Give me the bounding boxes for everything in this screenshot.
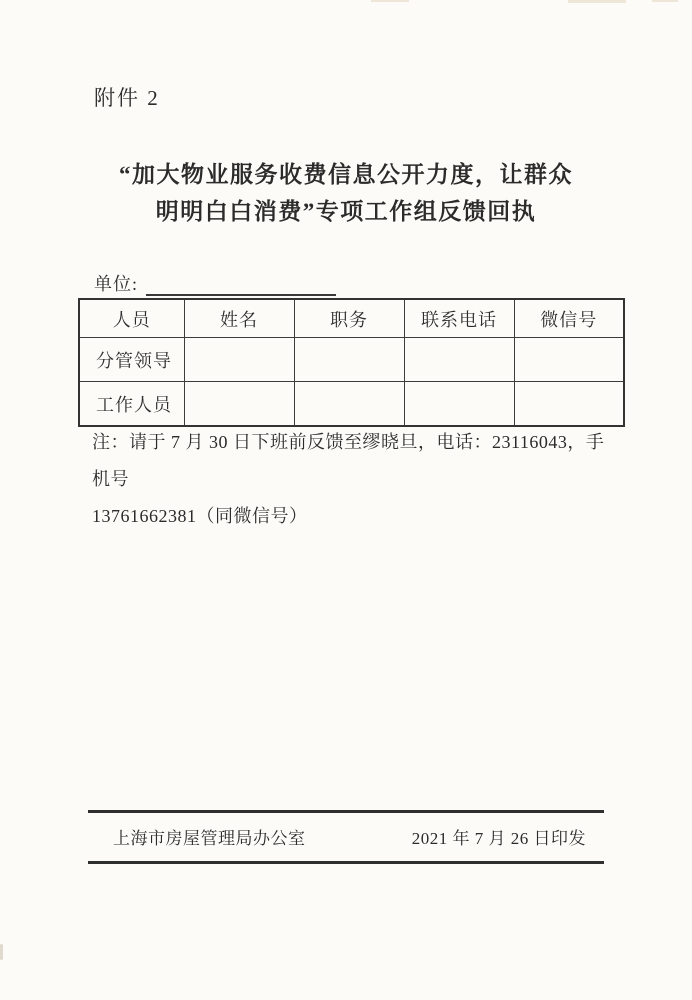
scanned-document-page: 附件 2 “加大物业服务收费信息公开力度，让群众 明明白白消费”专项工作组反馈回… (0, 0, 692, 1000)
table-header-row: 人员 姓名 职务 联系电话 微信号 (79, 299, 624, 338)
table-row: 分管领导 (79, 338, 624, 382)
document-footer: 上海市房屋管理局办公室 2021 年 7 月 26 日印发 (88, 810, 604, 864)
row-label-staff: 工作人员 (79, 382, 184, 427)
cell-staff-position (294, 382, 404, 427)
table-header-personnel: 人员 (79, 299, 184, 338)
table-row: 工作人员 (79, 382, 624, 427)
cell-leader-phone (404, 338, 514, 382)
cell-leader-wechat (514, 338, 624, 382)
footer-print-date: 2021 年 7 月 26 日印发 (412, 824, 586, 849)
note-text: 注：请于 7 月 30 日下班前反馈至缪晓旦，电话：23116043，手机号 1… (92, 424, 622, 535)
scan-artifact (568, 0, 626, 3)
unit-fill-line (146, 275, 336, 296)
document-title: “加大物业服务收费信息公开力度，让群众 明明白白消费”专项工作组反馈回执 (0, 156, 692, 230)
row-label-leader: 分管领导 (79, 338, 184, 382)
note-line2: 13761662381（同微信号） (92, 498, 622, 535)
document-title-line2: 明明白白消费”专项工作组反馈回执 (0, 193, 692, 230)
unit-label: 单位: (94, 274, 138, 294)
table-header-phone: 联系电话 (404, 299, 514, 338)
attachment-label: 附件 2 (94, 82, 160, 112)
cell-staff-name (184, 382, 294, 427)
cell-leader-position (294, 338, 404, 382)
footer-issuer: 上海市房屋管理局办公室 (113, 824, 306, 849)
note-line1: 注：请于 7 月 30 日下班前反馈至缪晓旦，电话：23116043，手机号 (92, 424, 622, 498)
scan-artifact (652, 0, 678, 2)
document-title-line1: “加大物业服务收费信息公开力度，让群众 (0, 156, 692, 193)
unit-row: 单位: (94, 270, 336, 296)
feedback-table: 人员 姓名 职务 联系电话 微信号 分管领导 工作人员 (78, 298, 625, 427)
table-header-wechat: 微信号 (514, 299, 624, 338)
scan-artifact (371, 0, 409, 2)
cell-staff-wechat (514, 382, 624, 427)
scan-artifact (0, 944, 3, 960)
table-header-position: 职务 (294, 299, 404, 338)
cell-staff-phone (404, 382, 514, 427)
cell-leader-name (184, 338, 294, 382)
table-header-name: 姓名 (184, 299, 294, 338)
